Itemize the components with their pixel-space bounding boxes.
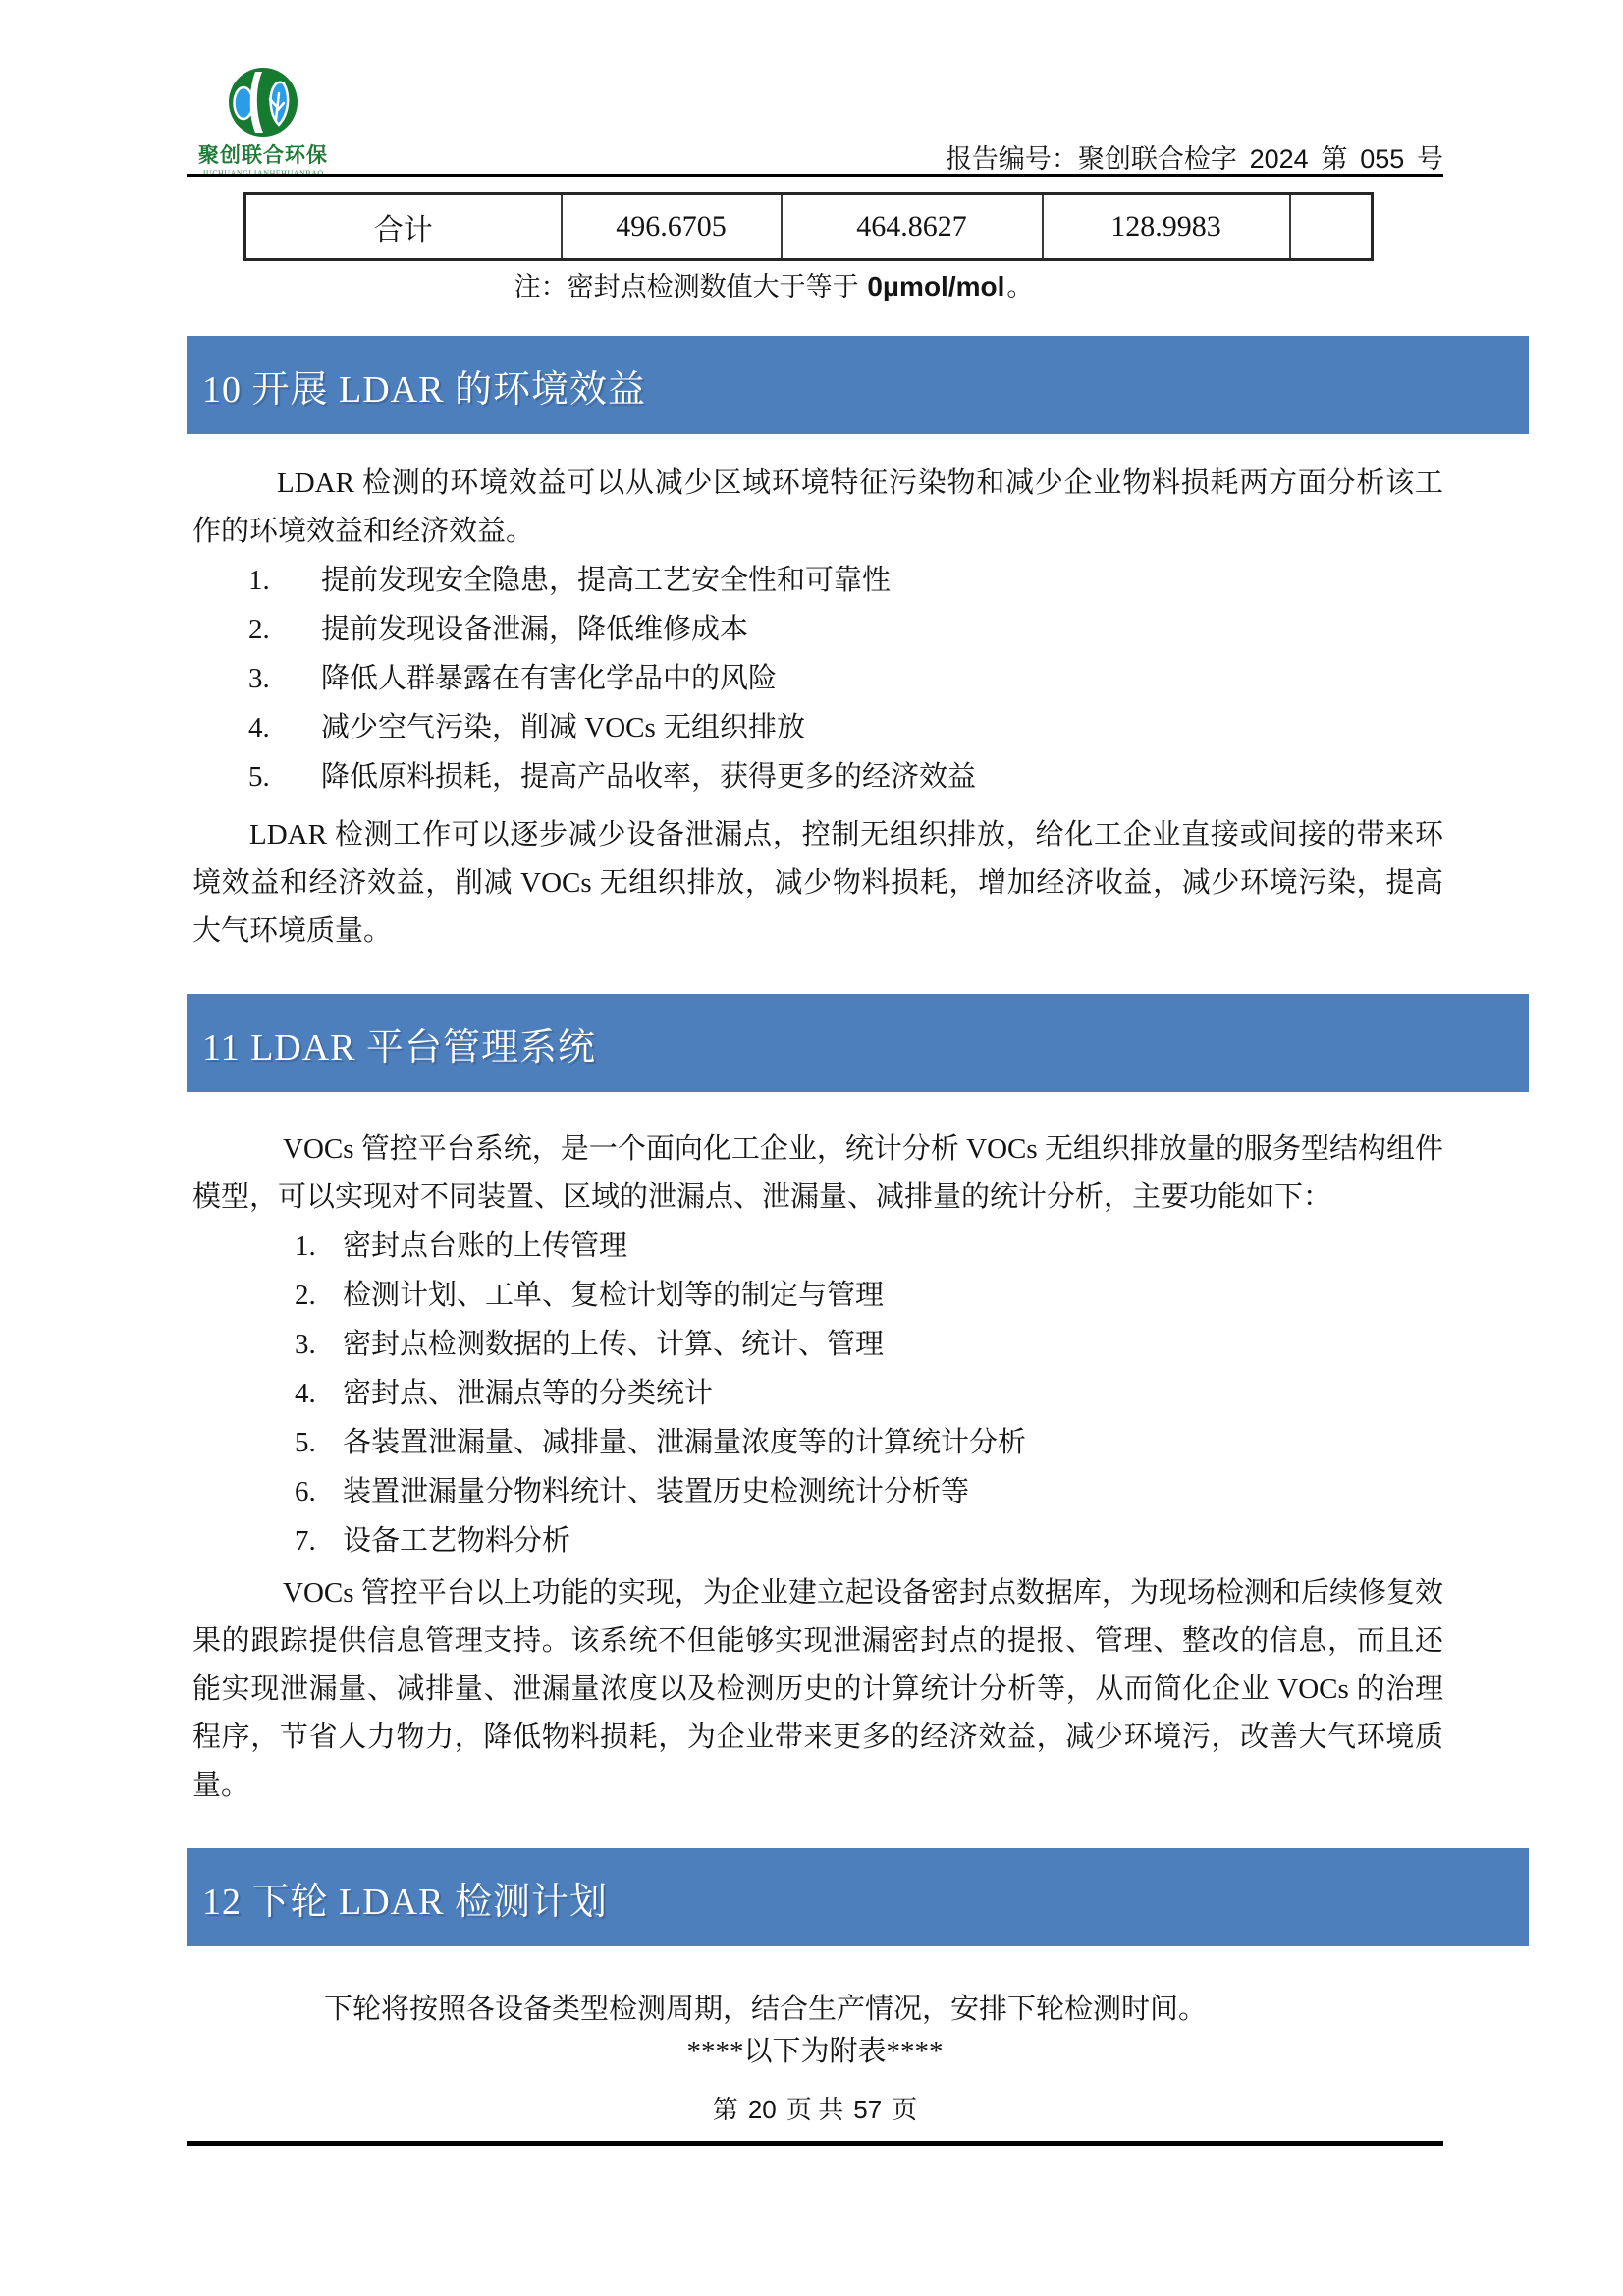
table-note-suffix: 。: [1006, 272, 1033, 301]
section-10-list: 1.提前发现安全隐患，提高工艺安全性和可靠性 2.提前发现设备泄漏，降低维修成本…: [248, 556, 976, 801]
report-number-label: 报告编号：聚创联合检字: [946, 144, 1237, 174]
list-item: 4.密封点、泄漏点等的分类统计: [295, 1369, 1026, 1418]
list-item: 7.设备工艺物料分析: [295, 1516, 1026, 1565]
report-number-sep: 第: [1321, 144, 1347, 174]
section-10-title: 10 开展 LDAR 的环境效益: [202, 358, 646, 412]
section-11-paragraph-1: VOCs 管控平台系统，是一个面向化工企业，统计分析 VOCs 无组织排放量的服…: [192, 1125, 1443, 1222]
list-item-number: 1.: [248, 556, 321, 605]
list-item: 3.密封点检测数据的上传、计算、统计、管理: [295, 1320, 1026, 1369]
list-item-text: 提前发现安全隐患，提高工艺安全性和可靠性: [321, 565, 891, 596]
list-item-number: 1.: [295, 1222, 343, 1271]
list-item-text: 装置泄漏量分物料统计、装置历史检测统计分析等: [343, 1476, 969, 1507]
list-item: 2.检测计划、工单、复检计划等的制定与管理: [295, 1271, 1026, 1320]
summary-table: 合计 496.6705 464.8627 128.9983: [243, 192, 1374, 261]
list-item: 6.装置泄漏量分物料统计、装置历史检测统计分析等: [295, 1467, 1026, 1516]
section-12-heading: 12 下轮 LDAR 检测计划: [187, 1848, 1529, 1946]
section-11-list: 1.密封点台账的上传管理 2.检测计划、工单、复检计划等的制定与管理 3.密封点…: [295, 1222, 1026, 1565]
list-item: 4.减少空气污染，削减 VOCs 无组织排放: [248, 703, 976, 752]
footer-page-number: 20: [748, 2095, 777, 2124]
section-10-heading: 10 开展 LDAR 的环境效益: [187, 336, 1529, 434]
total-label-cell: 合计: [245, 194, 562, 260]
brand-name: 聚创联合环保: [196, 139, 330, 169]
table-note: 注：密封点检测数值大于等于 0μmol/mol。: [243, 265, 1304, 303]
report-number-suffix: 号: [1417, 144, 1443, 174]
list-item-number: 7.: [295, 1516, 343, 1565]
list-item: 1.密封点台账的上传管理: [295, 1222, 1026, 1271]
section-12-paragraph-1: 下轮将按照各设备类型检测周期，结合生产情况，安排下轮检测时间。: [192, 1986, 1443, 2034]
list-item-number: 5.: [295, 1418, 343, 1467]
list-item-text: 减少空气污染，削减 VOCs 无组织排放: [321, 712, 805, 743]
list-item-text: 检测计划、工单、复检计划等的制定与管理: [343, 1280, 884, 1311]
header-divider: [187, 174, 1443, 177]
appendix-note: ****以下为附表****: [187, 2029, 1443, 2069]
total-value-cell-1: 496.6705: [562, 194, 782, 260]
footer-label-2: 页 共: [786, 2096, 844, 2124]
list-item-text: 设备工艺物料分析: [343, 1525, 570, 1557]
empty-cell: [1290, 194, 1373, 260]
list-item-number: 5.: [248, 752, 321, 801]
list-item: 5.各装置泄漏量、减排量、泄漏量浓度等的计算统计分析: [295, 1418, 1026, 1467]
list-item-number: 4.: [295, 1369, 343, 1418]
report-number-year: 2024: [1250, 144, 1309, 174]
section-10-paragraph-2: LDAR 检测工作可以逐步减少设备泄漏点，控制无组织排放，给化工企业直接或间接的…: [192, 811, 1443, 956]
report-number: 报告编号：聚创联合检字 2024 第 055 号: [946, 137, 1443, 176]
section-11-title: 11 LDAR 平台管理系统: [202, 1016, 596, 1070]
list-item-text: 提前发现设备泄漏，降低维修成本: [321, 614, 748, 645]
section-11-paragraph-2: VOCs 管控平台以上功能的实现，为企业建立起设备密封点数据库，为现场检测和后续…: [192, 1569, 1443, 1810]
brand-logo-icon: [228, 67, 298, 137]
list-item-number: 2.: [248, 605, 321, 654]
page-footer: 第20页 共57页: [187, 2090, 1443, 2126]
brand-logo: 聚创联合环保 JUCHUANGLIANHEHUANBAO: [196, 67, 330, 178]
list-item: 3.降低人群暴露在有害化学品中的风险: [248, 654, 976, 703]
list-item-text: 密封点、泄漏点等的分类统计: [343, 1378, 713, 1409]
list-item-text: 密封点台账的上传管理: [343, 1230, 627, 1262]
list-item-number: 4.: [248, 703, 321, 752]
footer-label-3: 页: [892, 2096, 917, 2124]
list-item: 5.降低原料损耗，提高产品收率，获得更多的经济效益: [248, 752, 976, 801]
list-item-text: 降低人群暴露在有害化学品中的风险: [321, 663, 777, 694]
list-item-text: 密封点检测数据的上传、计算、统计、管理: [343, 1329, 884, 1360]
total-value-cell-3: 128.9983: [1043, 194, 1290, 260]
list-item-number: 3.: [248, 654, 321, 703]
table-note-value: 0μmol/mol: [867, 271, 1004, 301]
list-item-text: 各装置泄漏量、减排量、泄漏量浓度等的计算统计分析: [343, 1427, 1026, 1458]
total-value-cell-2: 464.8627: [782, 194, 1043, 260]
list-item: 1.提前发现安全隐患，提高工艺安全性和可靠性: [248, 556, 976, 605]
footer-label-1: 第: [713, 2096, 738, 2124]
table-note-text: 注：密封点检测数值大于等于: [514, 272, 859, 301]
list-item-text: 降低原料损耗，提高产品收率，获得更多的经济效益: [321, 761, 976, 793]
summary-table-row: 合计 496.6705 464.8627 128.9983: [245, 194, 1373, 260]
list-item-number: 6.: [295, 1467, 343, 1516]
report-number-value: 055: [1360, 144, 1404, 174]
section-10-paragraph-1: LDAR 检测的环境效益可以从减少区域环境特征污染物和减少企业物料损耗两方面分析…: [192, 460, 1443, 556]
list-item-number: 3.: [295, 1320, 343, 1369]
footer-total-pages: 57: [853, 2095, 882, 2124]
footer-divider: [187, 2141, 1443, 2146]
list-item-number: 2.: [295, 1271, 343, 1320]
section-12-title: 12 下轮 LDAR 检测计划: [202, 1871, 608, 1925]
list-item: 2.提前发现设备泄漏，降低维修成本: [248, 605, 976, 654]
section-11-heading: 11 LDAR 平台管理系统: [187, 994, 1529, 1092]
report-page: 聚创联合环保 JUCHUANGLIANHEHUANBAO 报告编号：聚创联合检字…: [0, 0, 1623, 2296]
